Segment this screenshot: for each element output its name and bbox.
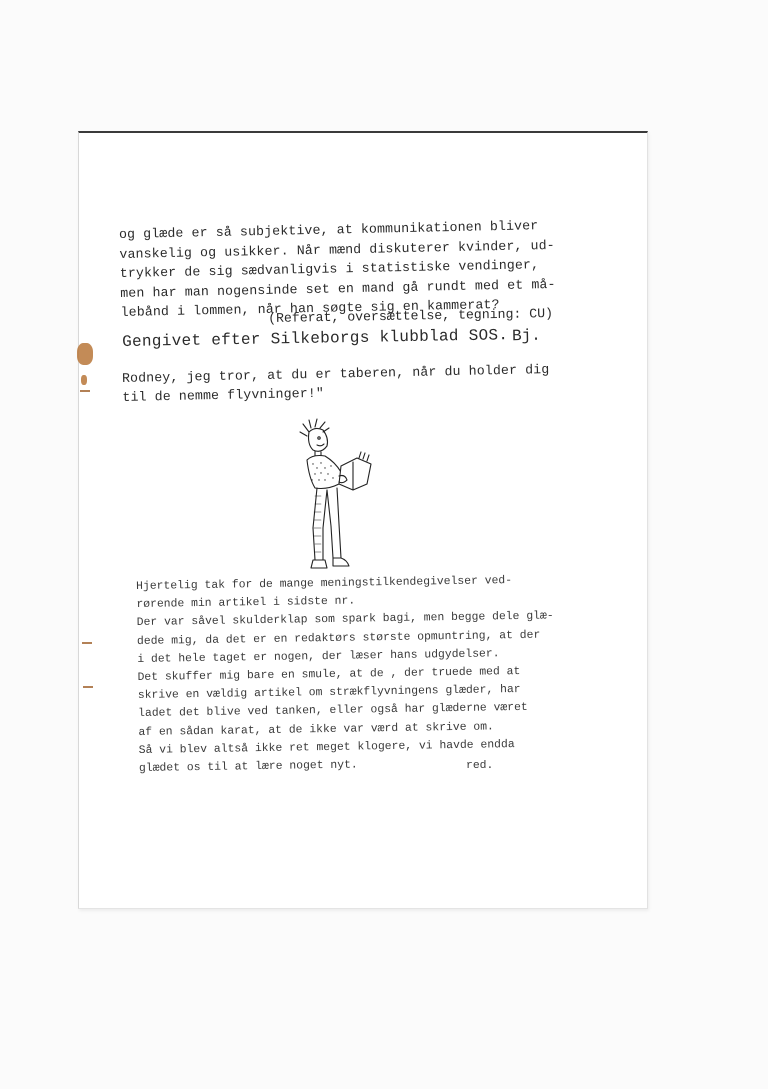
staple-mark xyxy=(82,642,92,644)
rust-stain xyxy=(77,343,93,365)
article-line: til de nemme flyvninger!" xyxy=(122,386,324,405)
staple-mark xyxy=(80,390,90,392)
article-paragraph-2: Rodney, jeg tror, at du er taberen, når … xyxy=(122,359,558,407)
signature: Bj. xyxy=(512,327,541,346)
editorial-signature: red. xyxy=(466,760,493,772)
rust-stain xyxy=(81,375,87,385)
article-text: og glæde er så subjektive, at kommunikat… xyxy=(118,177,559,434)
staple-mark xyxy=(83,686,93,688)
boy-reading-illustration xyxy=(295,418,385,576)
editorial-note: Hjertelig tak for de mange meningstilken… xyxy=(136,571,556,778)
article-line: Rodney, jeg tror, at du er taberen, når … xyxy=(122,362,550,386)
